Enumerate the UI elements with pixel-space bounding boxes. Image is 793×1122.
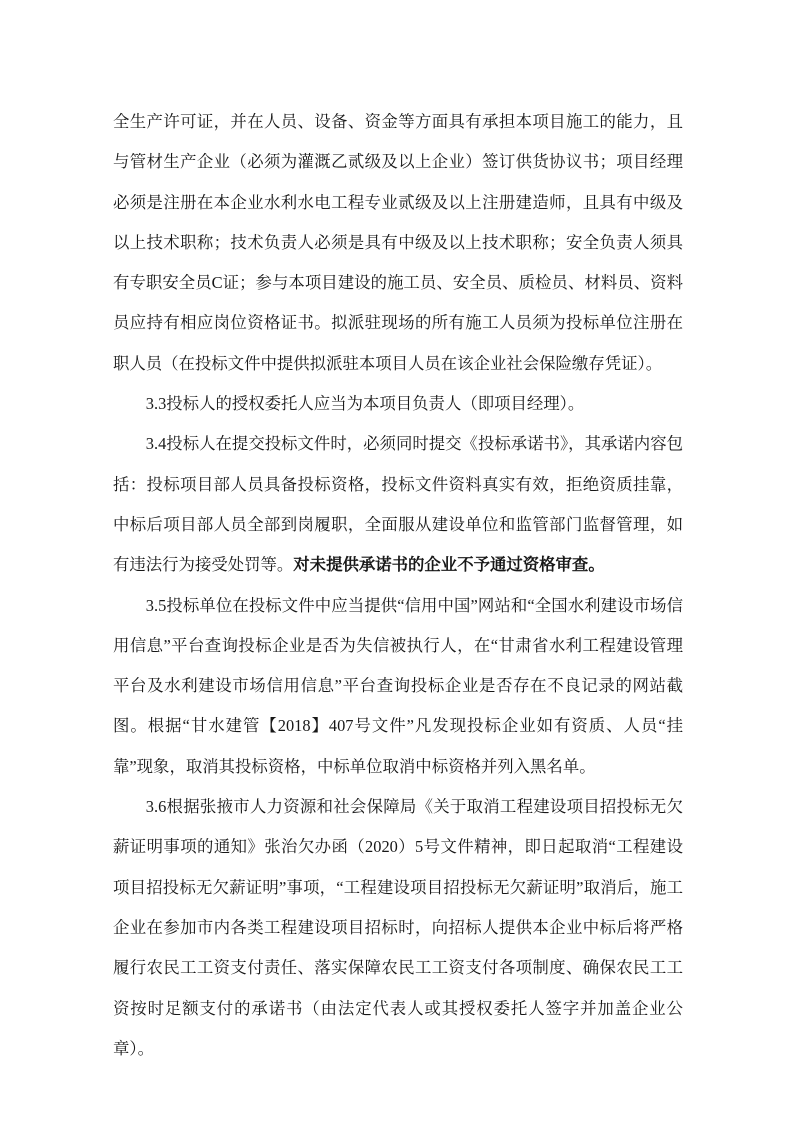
- para-continuation: 全生产许可证，并在人员、设备、资金等方面具有承担本项目施工的能力，且与管材生产企…: [113, 102, 683, 384]
- text-run: 3.6根据张掖市人力资源和社会保障局《关于取消工程建设项目招投标无欠薪证明事项的…: [113, 797, 683, 1058]
- document-page: 全生产许可证，并在人员、设备、资金等方面具有承担本项目施工的能力，且与管材生产企…: [0, 0, 793, 1122]
- text-run: 全生产许可证，并在人员、设备、资金等方面具有承担本项目施工的能力，且与管材生产企…: [113, 112, 683, 373]
- bold-text-run: 对未提供承诺书的企业不予通过资格审查。: [293, 555, 604, 574]
- para-3-6: 3.6根据张掖市人力资源和社会保障局《关于取消工程建设项目招投标无欠薪证明事项的…: [113, 787, 683, 1069]
- text-run: 3.5投标单位在投标文件中应当提供“信用中国”网站和“全国水利建设市场信用信息”…: [113, 596, 683, 776]
- document-body: 全生产许可证，并在人员、设备、资金等方面具有承担本项目施工的能力，且与管材生产企…: [113, 102, 683, 1069]
- text-run: 3.3投标人的授权委托人应当为本项目负责人（即项目经理）。: [146, 394, 584, 413]
- para-3-5: 3.5投标单位在投标文件中应当提供“信用中国”网站和“全国水利建设市场信用信息”…: [113, 586, 683, 787]
- para-3-3: 3.3投标人的授权委托人应当为本项目负责人（即项目经理）。: [113, 384, 683, 424]
- text-run: 3.4投标人在提交投标文件时，必须同时提交《投标承诺书》，其承诺内容包括：投标项…: [113, 434, 683, 574]
- para-3-4: 3.4投标人在提交投标文件时，必须同时提交《投标承诺书》，其承诺内容包括：投标项…: [113, 424, 683, 585]
